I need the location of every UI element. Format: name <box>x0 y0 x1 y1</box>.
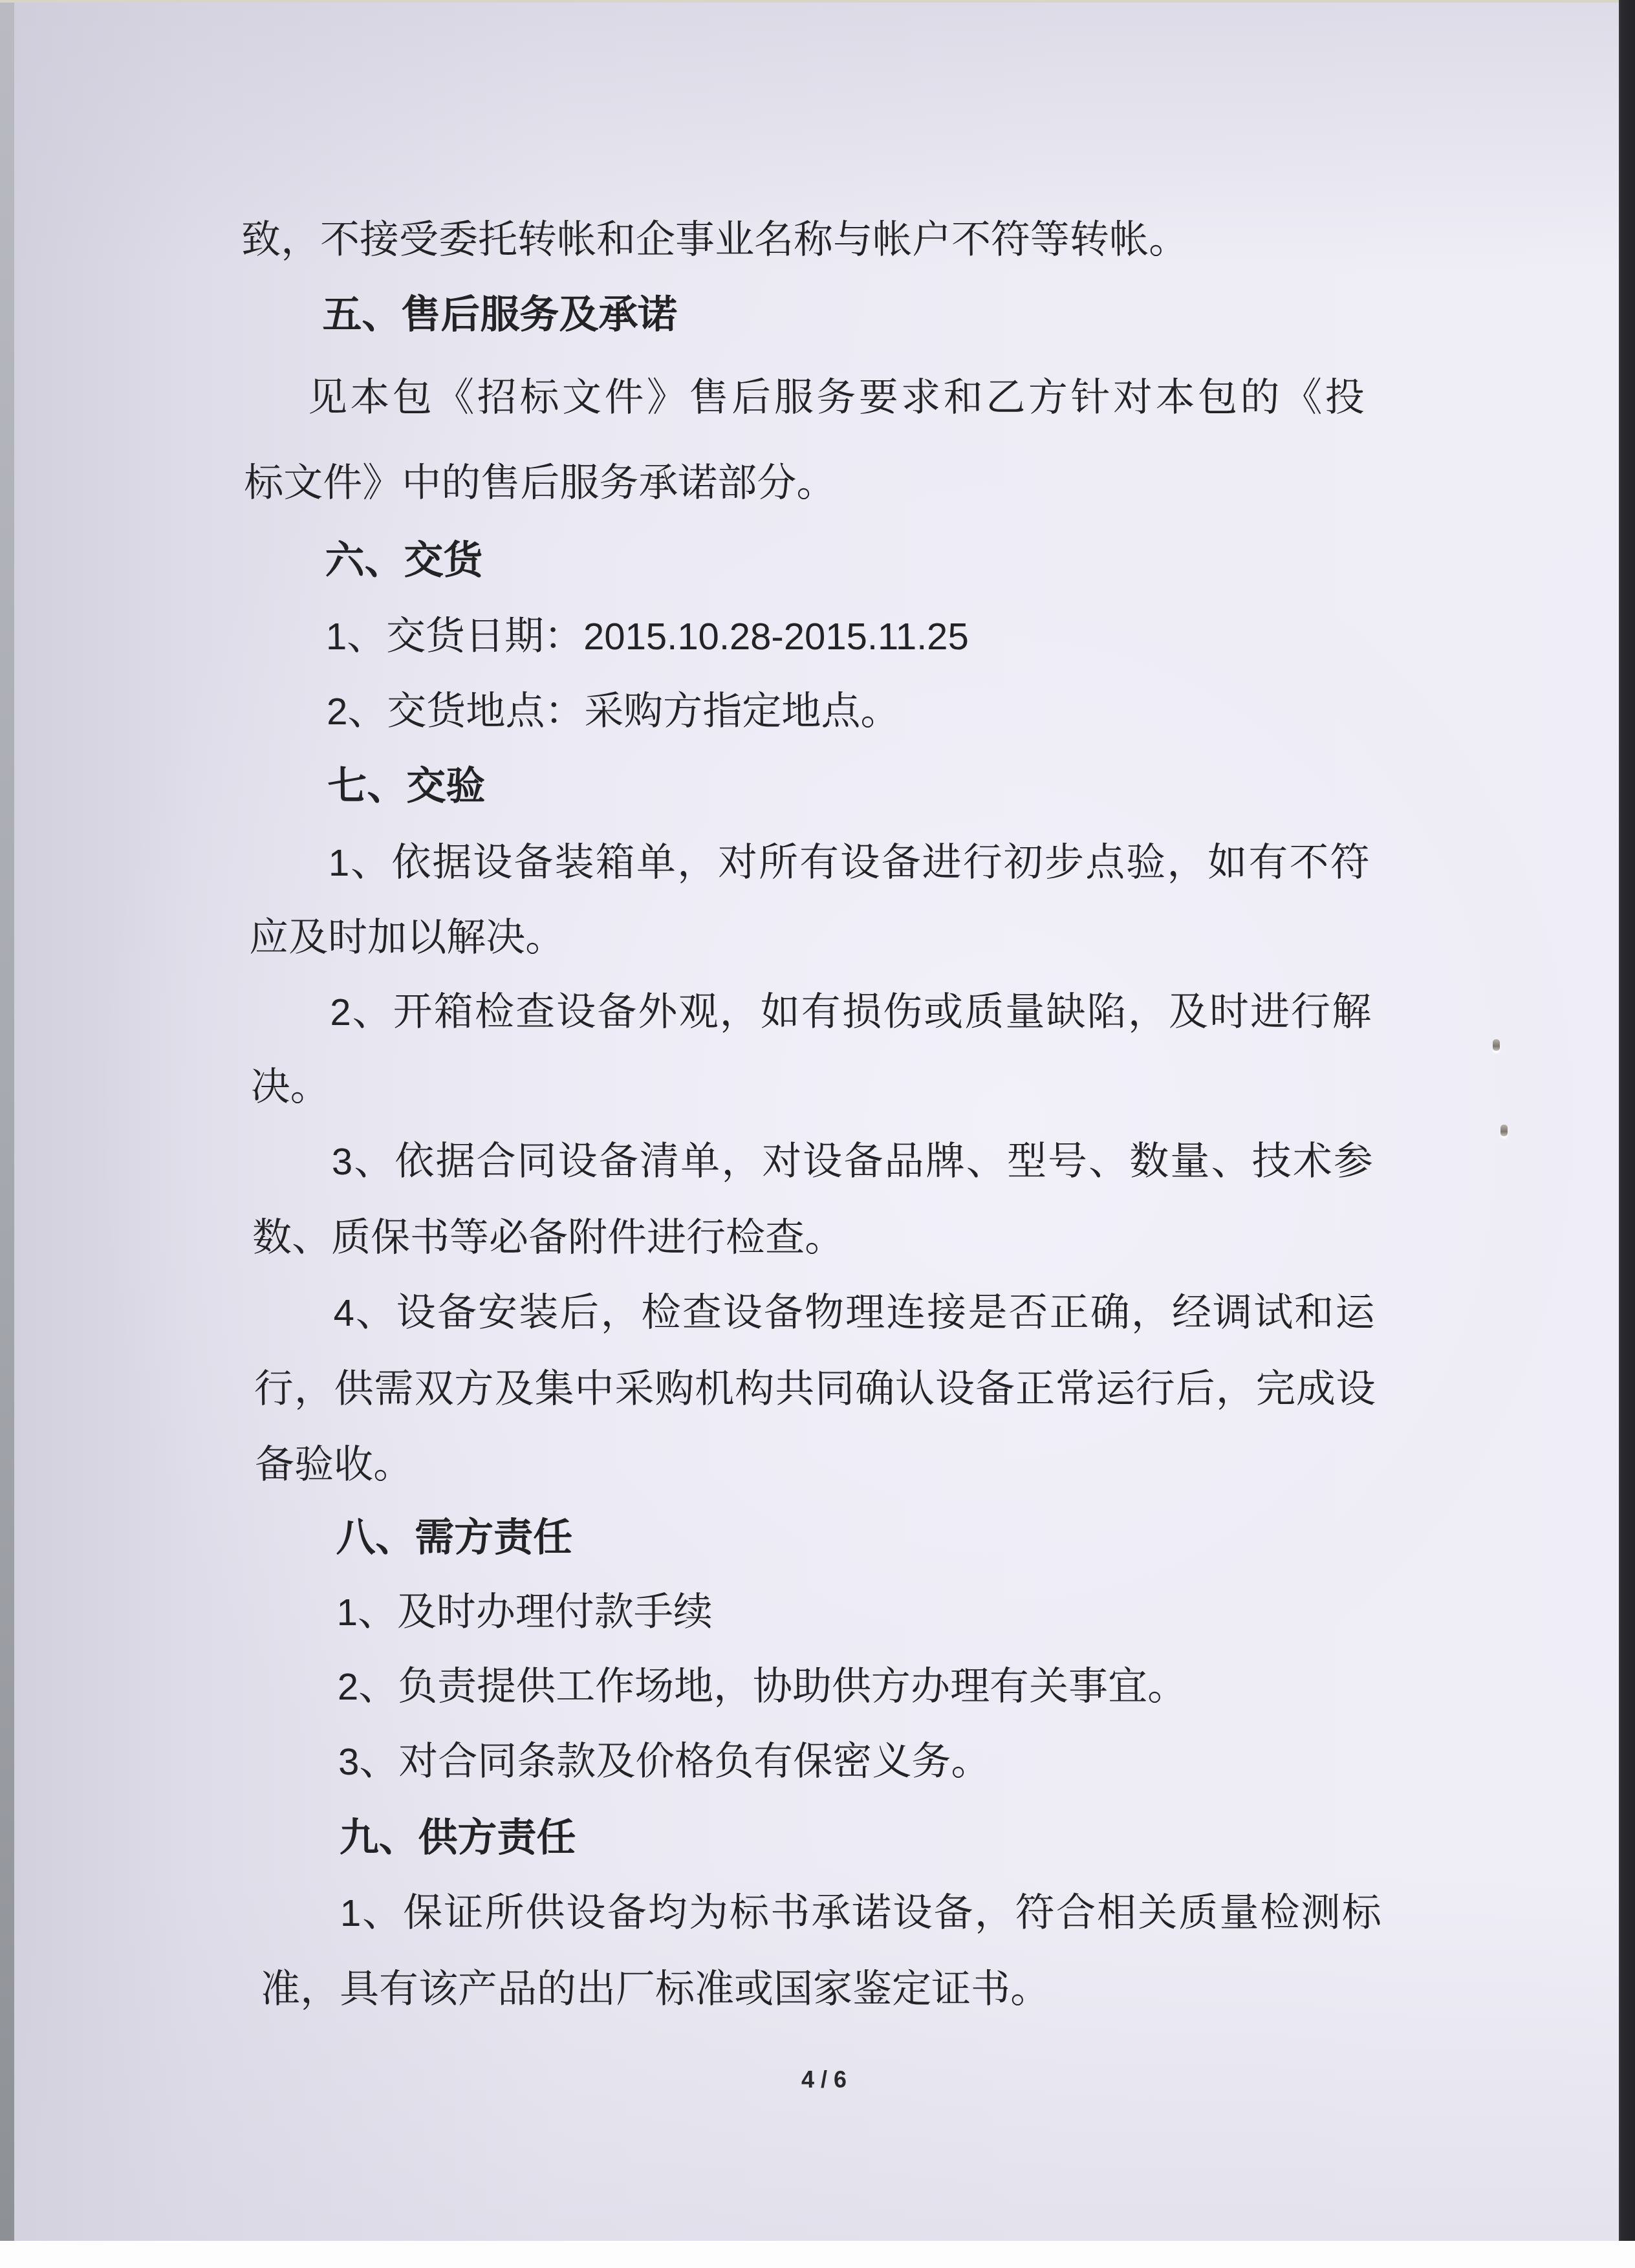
scanner-shadow-edge <box>1619 0 1635 2241</box>
item-number: 3 <box>331 1141 352 1183</box>
paragraph-line: 致，不接受委托转帐和企事业名称与帐户不符等转帐。 <box>241 214 1363 266</box>
list-item-line: 1、交货日期：2015.10.28-2015.11.25 <box>245 610 1367 662</box>
list-item-line: 行，供需双方及集中采购机构共同确认设备正常运行后，完成设 <box>254 1363 1376 1415</box>
item-text: 、负责提供工作场地，协助供方办理有关事宜。 <box>358 1663 1187 1709</box>
section-heading: 五、售后服务及承诺 <box>242 289 1364 341</box>
item-text: 、保证所供设备均为标书承诺设备，符合相关质量检测标 <box>361 1890 1382 1936</box>
item-number: 3 <box>338 1741 360 1783</box>
page-number: 4 / 6 <box>759 2064 889 2096</box>
item-number: 1 <box>336 1592 358 1634</box>
item-number: 4 <box>333 1292 354 1334</box>
list-item-line: 准，具有该产品的出厂标准或国家鉴定证书。 <box>261 1963 1383 2015</box>
list-item-line: 备验收。 <box>255 1439 1377 1491</box>
item-number: 2 <box>337 1666 358 1708</box>
section-heading: 九、供方责任 <box>259 1812 1381 1864</box>
item-number: 2 <box>327 691 348 733</box>
paragraph-line: 见本包《招标文件》售后服务要求和乙方针对本包的《投 <box>243 372 1365 424</box>
list-item-line: 2、开箱检查设备外观，如有损伤或质量缺陷，及时进行解 <box>250 986 1372 1038</box>
item-text: 、对合同条款及价格负有保密义务。 <box>359 1738 991 1784</box>
item-text: 、及时办理付款手续 <box>357 1589 713 1635</box>
list-item-line: 决。 <box>250 1061 1372 1113</box>
item-text: 、设备安装后，检查设备物理连接是否正确，经调试和运 <box>354 1290 1375 1335</box>
section-heading: 七、交验 <box>247 761 1369 812</box>
staple-mark <box>1500 1125 1508 1136</box>
list-item-line: 2、负责提供工作场地，协助供方办理有关事宜。 <box>257 1661 1379 1712</box>
list-item-line: 1、依据设备装箱单，对所有设备进行初步点验，如有不符 <box>248 837 1370 889</box>
scan-left-edge <box>0 0 14 2241</box>
item-text: 、依据合同设备清单，对设备品牌、型号、数量、技术参 <box>352 1138 1374 1184</box>
list-item-line: 1、及时办理付款手续 <box>256 1586 1378 1638</box>
section-heading: 八、需方责任 <box>255 1512 1378 1564</box>
list-item-line: 3、依据合同设备清单，对设备品牌、型号、数量、技术参 <box>251 1136 1373 1187</box>
list-item-line: 3、对合同条款及价格负有保密义务。 <box>258 1736 1380 1787</box>
scan-bottom-margin <box>0 2241 1635 2268</box>
list-item-line: 数、质保书等必备附件进行检查。 <box>252 1212 1374 1264</box>
item-number: 1 <box>340 1892 361 1934</box>
delivery-date-range: 2015.10.28-2015.11.25 <box>583 616 969 658</box>
paragraph-line: 标文件》中的售后服务承诺部分。 <box>244 457 1366 509</box>
document-body: 致，不接受委托转帐和企事业名称与帐户不符等转帐。 五、售后服务及承诺 见本包《招… <box>239 0 1383 2031</box>
item-text: 、交货地点：采购方指定地点。 <box>347 688 900 734</box>
list-item-line: 应及时加以解决。 <box>249 912 1371 964</box>
item-text: 、开箱检查设备外观，如有损伤或质量缺陷，及时进行解 <box>351 989 1372 1035</box>
list-item-line: 1、保证所供设备均为标书承诺设备，符合相关质量检测标 <box>259 1887 1381 1939</box>
staple-mark <box>1493 1039 1500 1051</box>
item-number: 2 <box>330 991 351 1033</box>
item-number: 1 <box>328 842 349 884</box>
item-text: 、依据设备装箱单，对所有设备进行初步点验，如有不符 <box>349 839 1370 885</box>
item-label: 、交货日期： <box>347 613 584 659</box>
section-heading: 六、交货 <box>244 535 1367 587</box>
list-item-line: 2、交货地点：采购方指定地点。 <box>246 686 1369 737</box>
list-item-line: 4、设备安装后，检查设备物理连接是否正确，经调试和运 <box>253 1287 1375 1339</box>
item-number: 1 <box>325 616 347 658</box>
